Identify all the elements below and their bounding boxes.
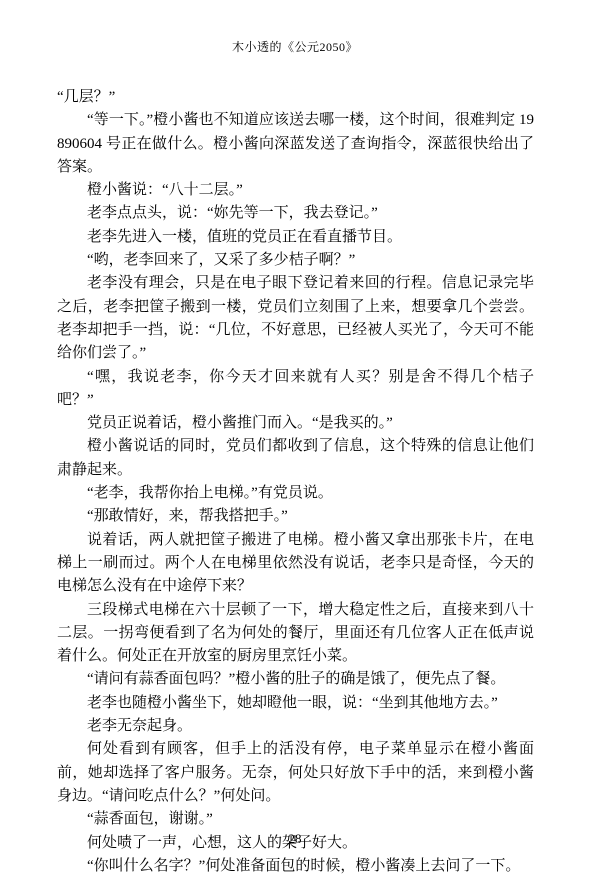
running-header: 木小透的《公元2050》 xyxy=(0,38,590,55)
paragraph: “哟，老李回来了，又采了多少桔子啊？” xyxy=(57,249,534,272)
paragraph: 橙小酱说：“八十二层。” xyxy=(57,179,534,202)
paragraph: 何处看到有顾客，但手上的活没有停，电子菜单显示在橙小酱面前，她却选择了客户服务。… xyxy=(57,738,534,808)
paragraph: 党员正说着话，橙小酱推门而入。“是我买的。” xyxy=(57,412,534,435)
body-text: “几层？” “等一下。”橙小酱也不知道应该送去哪一楼，这个时间，很难判定 198… xyxy=(57,86,534,878)
paragraph: 老李没有理会，只是在电子眼下登记着来回的行程。信息记录完毕之后，老李把筐子搬到一… xyxy=(57,272,534,365)
paragraph: “几层？” xyxy=(57,86,534,109)
paragraph: 橙小酱说话的同时，党员们都收到了信息，这个特殊的信息让他们肃静起来。 xyxy=(57,435,534,482)
paragraph: 老李先进入一楼，值班的党员正在看直播节目。 xyxy=(57,226,534,249)
page-number: 28 xyxy=(0,831,590,847)
paragraph: 老李无奈起身。 xyxy=(57,715,534,738)
paragraph: 说着话，两人就把筐子搬进了电梯。橙小酱又拿出那张卡片，在电梯上一刷而过。两个人在… xyxy=(57,529,534,599)
paragraph: “那敢情好，来，帮我搭把手。” xyxy=(57,505,534,528)
paragraph: “老李，我帮你抬上电梯。”有党员说。 xyxy=(57,482,534,505)
paragraph: “你叫什么名字？”何处准备面包的时候，橙小酱凑上去问了一下。 xyxy=(57,855,534,878)
book-page: 木小透的《公元2050》 “几层？” “等一下。”橙小酱也不知道应该送去哪一楼，… xyxy=(0,0,590,885)
paragraph: 老李点点头，说：“妳先等一下，我去登记。” xyxy=(57,202,534,225)
paragraph: 三段梯式电梯在六十层顿了一下，增大稳定性之后，直接来到八十二层。一拐弯便看到了名… xyxy=(57,599,534,669)
paragraph: “蒜香面包，谢谢。” xyxy=(57,808,534,831)
paragraph: 老李也随橙小酱坐下，她却瞪他一眼，说：“坐到其他地方去。” xyxy=(57,692,534,715)
paragraph: “请问有蒜香面包吗？”橙小酱的肚子的确是饿了，便先点了餐。 xyxy=(57,668,534,691)
paragraph: “等一下。”橙小酱也不知道应该送去哪一楼，这个时间，很难判定 19890604 … xyxy=(57,109,534,179)
paragraph: “嘿，我说老李，你今天才回来就有人买？别是舍不得几个桔子吧？” xyxy=(57,366,534,413)
